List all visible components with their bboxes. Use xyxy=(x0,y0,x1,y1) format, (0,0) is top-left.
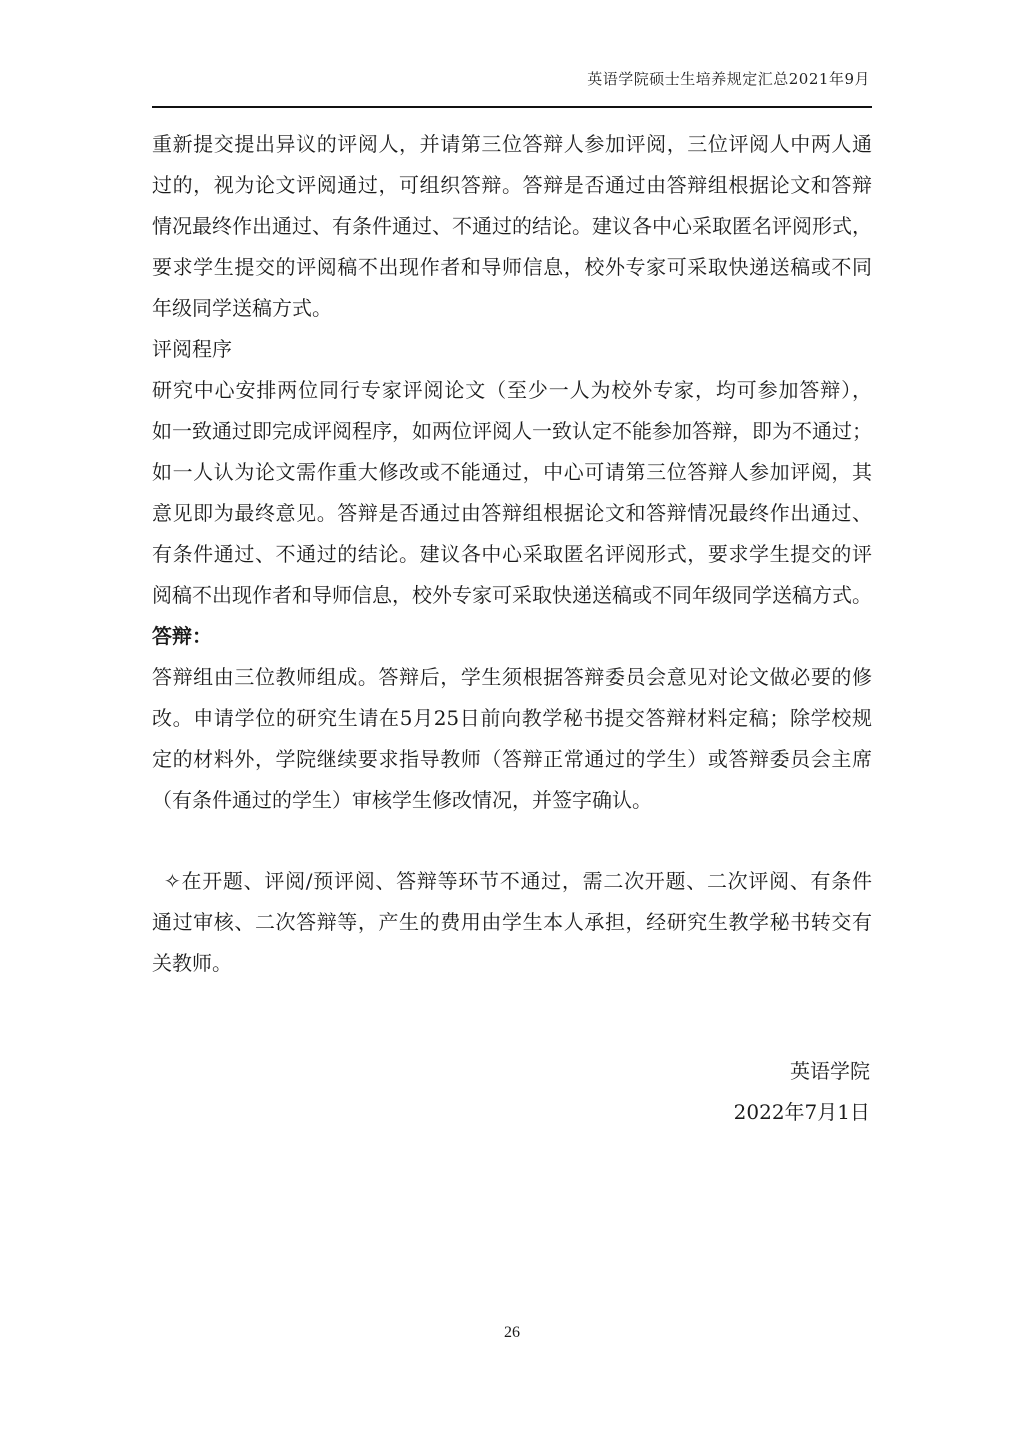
signature-date: 2022年7月1日 xyxy=(734,1096,870,1125)
text-line: 如一致通过即完成评阅程序，如两位评阅人一致认定不能参加答辩，即为不通过； xyxy=(152,411,872,452)
text-line: 意见即为最终意见。答辩是否通过由答辩组根据论文和答辩情况最终作出通过、 xyxy=(152,493,872,534)
text-line: 如一人认为论文需作重大修改或不能通过，中心可请第三位答辩人参加评阅，其 xyxy=(152,452,872,493)
text-line: 要求学生提交的评阅稿不出现作者和导师信息，校外专家可采取快递送稿或不同 xyxy=(152,247,872,288)
spacer xyxy=(152,821,872,861)
text-line: 过的，视为论文评阅通过，可组织答辩。答辩是否通过由答辩组根据论文和答辩 xyxy=(152,165,872,206)
text-line: （有条件通过的学生）审核学生修改情况，并签字确认。 xyxy=(152,780,872,821)
header-divider xyxy=(152,106,872,108)
text-line: 定的材料外，学院继续要求指导教师（答辩正常通过的学生）或答辩委员会主席 xyxy=(152,739,872,780)
text-line: 研究中心安排两位同行专家评阅论文（至少一人为校外专家，均可参加答辩）， xyxy=(152,370,872,411)
note-section: ✧在开题、评阅/预评阅、答辩等环节不通过，需二次开题、二次评阅、有条件 通过审核… xyxy=(152,861,872,984)
defense-section: 答辩： 答辩组由三位教师组成。答辩后，学生须根据答辩委员会意见对论文做必要的修 … xyxy=(152,616,872,821)
page-body: 重新提交提出异议的评阅人，并请第三位答辩人参加评阅，三位评阅人中两人通 过的，视… xyxy=(152,124,872,984)
note-text: 在开题、评阅/预评阅、答辩等环节不通过，需二次开题、二次评阅、有条件 xyxy=(181,869,872,893)
diamond-bullet-icon: ✧ xyxy=(164,869,181,893)
text-line: 重新提交提出异议的评阅人，并请第三位答辩人参加评阅，三位评阅人中两人通 xyxy=(152,124,872,165)
text-line: 答辩组由三位教师组成。答辩后，学生须根据答辩委员会意见对论文做必要的修 xyxy=(152,657,872,698)
page-number: 26 xyxy=(0,1324,1024,1342)
signature-organization: 英语学院 xyxy=(790,1055,870,1084)
text-line: 通过审核、二次答辩等，产生的费用由学生本人承担，经研究生教学秘书转交有 xyxy=(152,902,872,943)
text-line: 关教师。 xyxy=(152,943,872,984)
running-header: 英语学院硕士生培养规定汇总2021年9月 xyxy=(587,68,870,89)
text-line: 改。申请学位的研究生请在5月25日前向教学秘书提交答辩材料定稿；除学校规 xyxy=(152,698,872,739)
review-section: 评阅程序 研究中心安排两位同行专家评阅论文（至少一人为校外专家，均可参加答辩），… xyxy=(152,329,872,616)
text-line: 有条件通过、不通过的结论。建议各中心采取匿名评阅形式，要求学生提交的评 xyxy=(152,534,872,575)
section-heading-review: 评阅程序 xyxy=(152,329,872,370)
text-line: 年级同学送稿方式。 xyxy=(152,288,872,329)
note-line: ✧在开题、评阅/预评阅、答辩等环节不通过，需二次开题、二次评阅、有条件 xyxy=(152,861,872,902)
section-heading-defense: 答辩： xyxy=(152,616,872,657)
text-line: 阅稿不出现作者和导师信息，校外专家可采取快递送稿或不同年级同学送稿方式。 xyxy=(152,575,872,616)
paragraph-continuation: 重新提交提出异议的评阅人，并请第三位答辩人参加评阅，三位评阅人中两人通 过的，视… xyxy=(152,124,872,329)
text-line: 情况最终作出通过、有条件通过、不通过的结论。建议各中心采取匿名评阅形式， xyxy=(152,206,872,247)
